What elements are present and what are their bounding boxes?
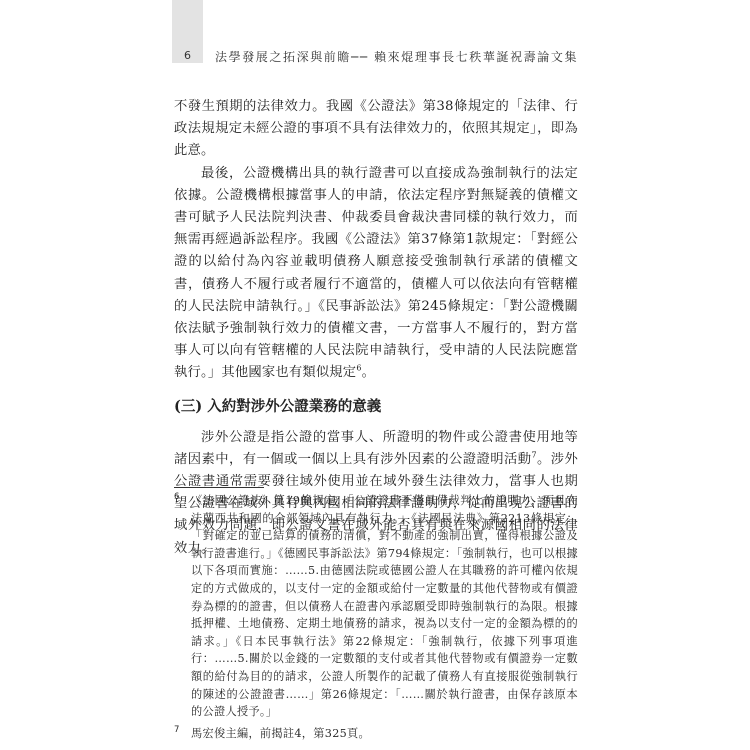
running-head-title: 法學發展之拓深與前瞻── 賴來焜理事長七秩華誕祝壽論文集 [215,48,578,65]
footnote-divider [174,487,264,488]
footnote-6-mark: 6 [174,489,180,507]
paragraph-2: 最後，公證機構出具的執行證書可以直接成為強制執行的法定依據。公證機構根據當事人的… [174,163,578,385]
paragraph-2-text: 最後，公證機構出具的執行證書可以直接成為強制執行的法定依據。公證機構根據當事人的… [174,166,578,381]
paragraph-1: 不發生預期的法律效力。我國《公證法》第38條規定的「法律、行政法規規定未經公證的… [174,96,578,163]
footnote-7-mark: 7 [174,722,180,740]
footnotes: 6 《法國公證法》第19條規定：「公證證書不僅具備裁判上的證明力，而且在法蘭西共… [174,492,578,746]
paragraph-2-tail: 。 [362,365,376,380]
footnote-6-text: 《法國公證法》第19條規定：「公證證書不僅具備裁判上的證明力，而且在法蘭西共和國… [191,494,578,718]
paragraph-1-text: 不發生預期的法律效力。我國《公證法》第38條規定的「法律、行政法規規定未經公證的… [174,99,578,158]
body-text: 不發生預期的法律效力。我國《公證法》第38條規定的「法律、行政法規規定未經公證的… [174,96,578,560]
section-heading: (三) 入約對涉外公證業務的意義 [174,396,578,418]
paragraph-3-text-before: 涉外公證是指公證的當事人、所證明的物件或公證書使用地等諸因素中，有一個或一個以上… [174,430,578,467]
page-number: 6 [172,49,203,62]
footnote-6: 6 《法國公證法》第19條規定：「公證證書不僅具備裁判上的證明力，而且在法蘭西共… [174,492,578,721]
footnote-7-text: 馬宏俊主編，前揭註4，第325頁。 [191,727,370,740]
footnote-7: 7 馬宏俊主編，前揭註4，第325頁。 [174,725,578,743]
